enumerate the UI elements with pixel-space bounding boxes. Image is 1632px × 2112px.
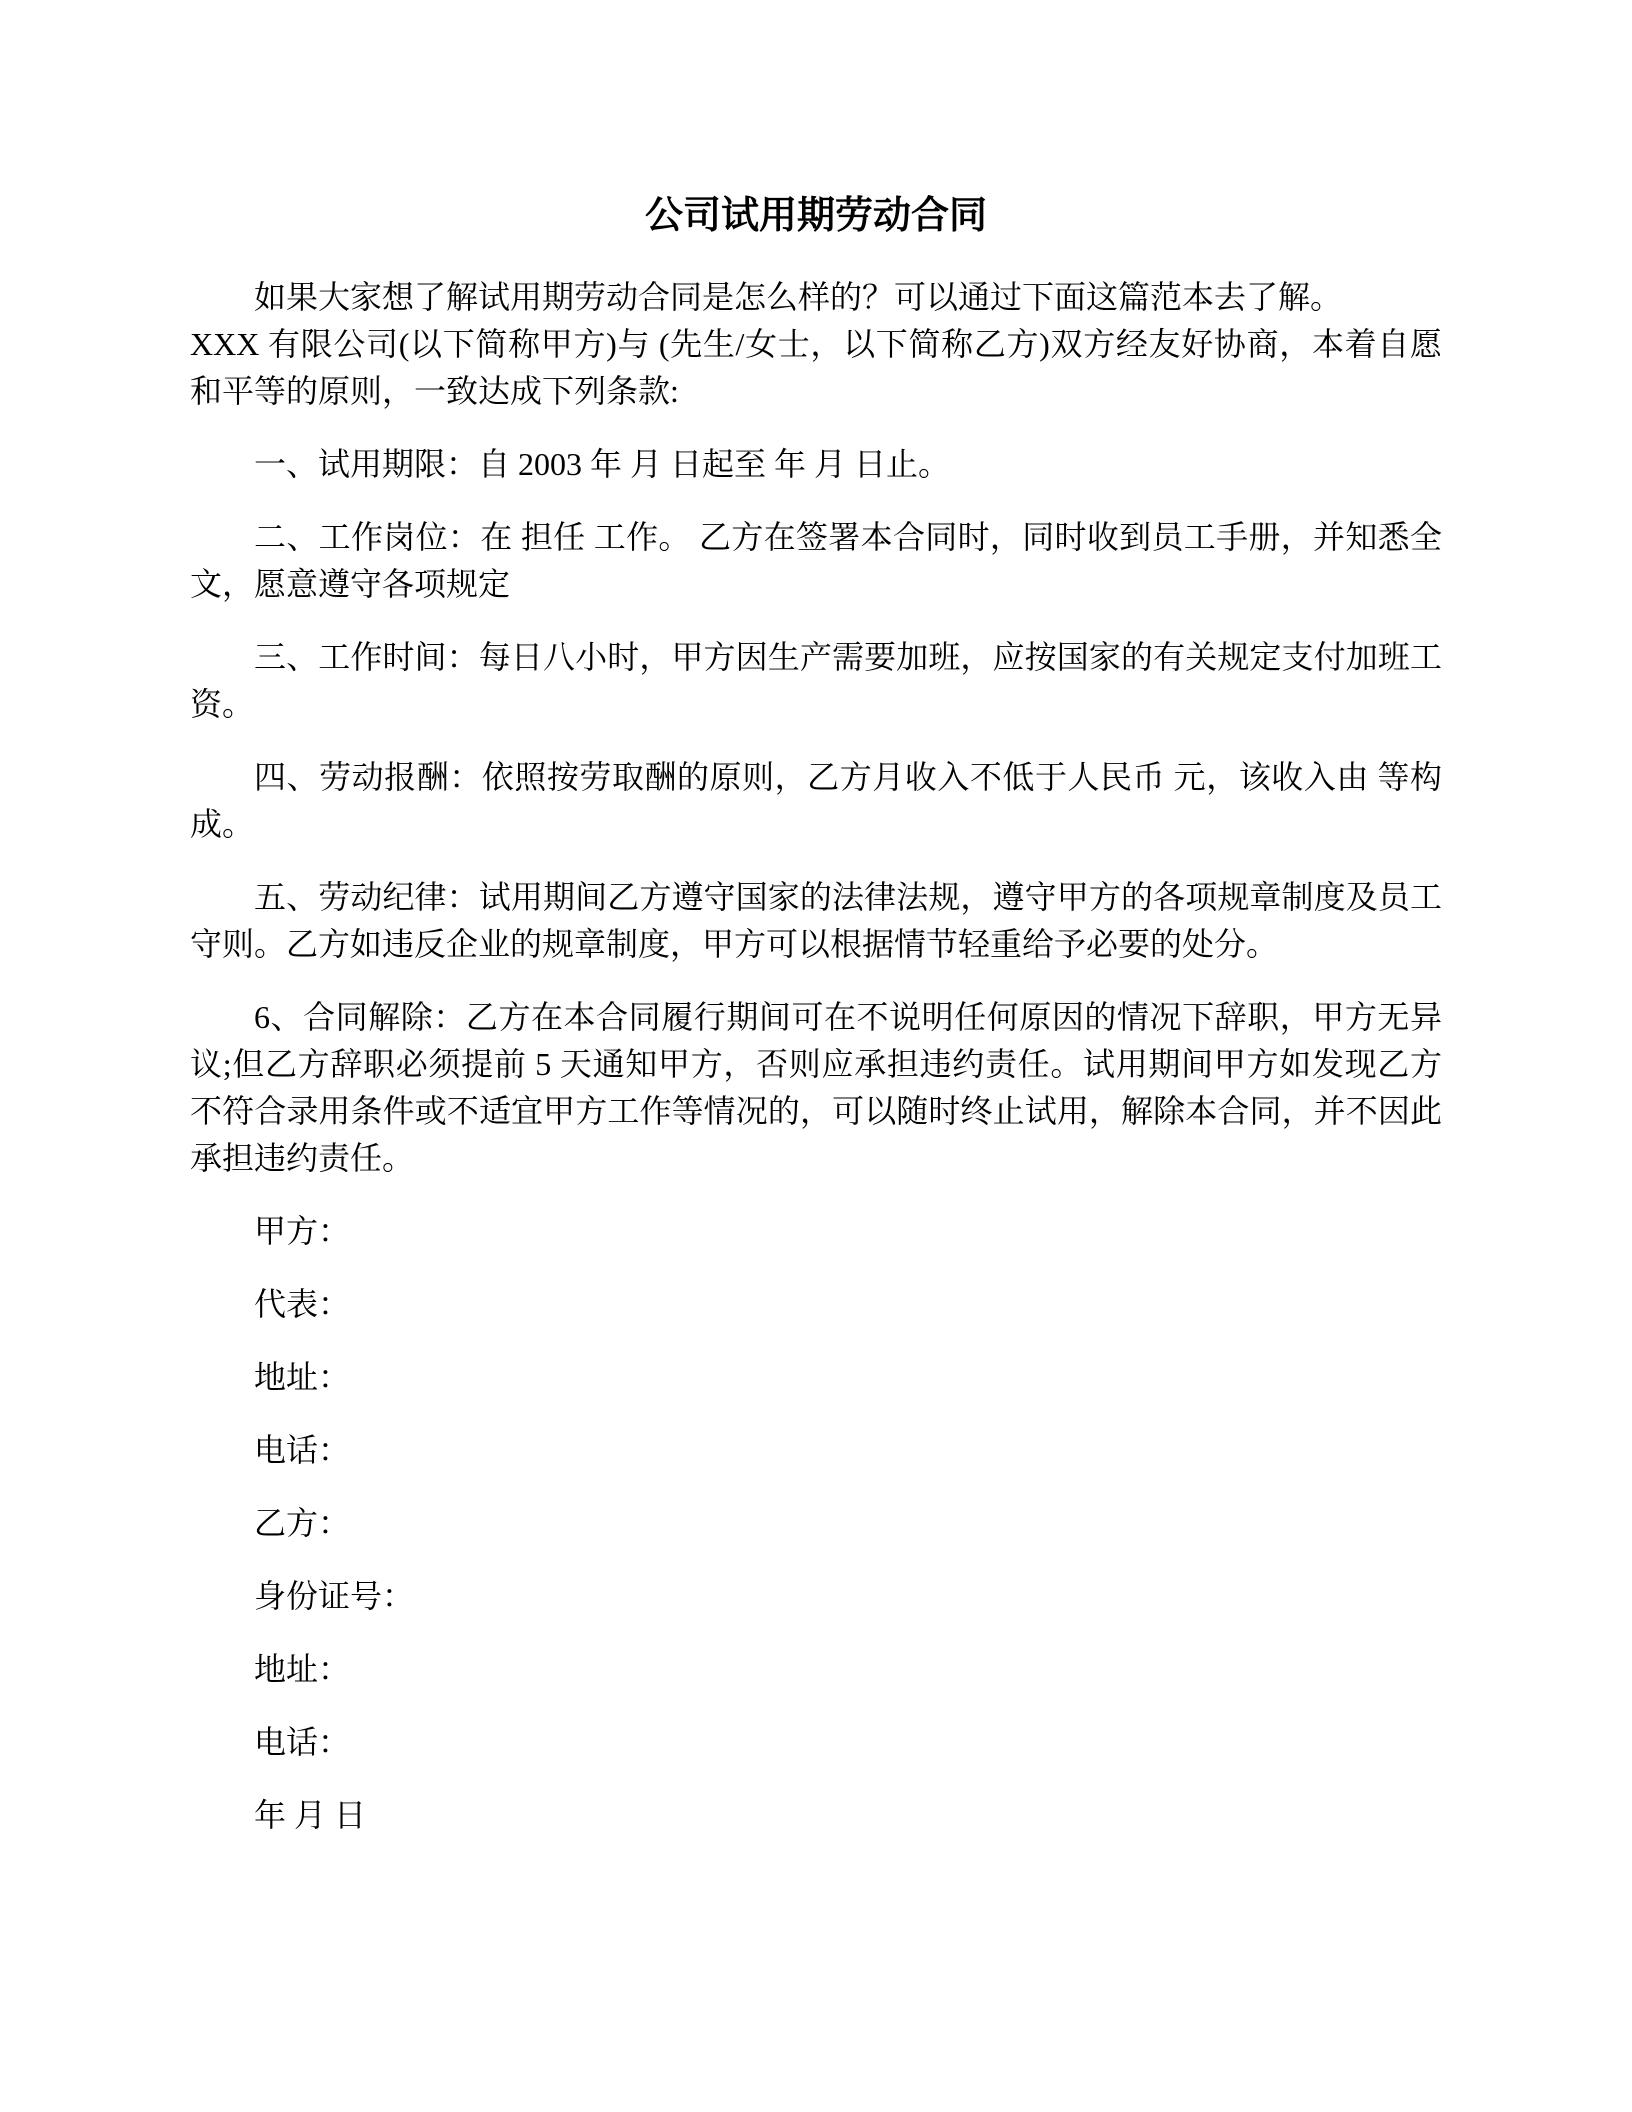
intro-parties-paragraph: XXX 有限公司(以下简称甲方)与 (先生/女士，以下简称乙方)双方经友好协商，… xyxy=(190,321,1442,415)
document-title: 公司试用期劳动合同 xyxy=(190,196,1442,238)
signature-party-b-address-label: 地址： xyxy=(190,1646,1442,1693)
signature-party-b-phone-label: 电话： xyxy=(190,1719,1442,1766)
clause-6-contract-termination: 6、合同解除：乙方在本合同履行期间可在不说明任何原因的情况下辞职，甲方无异议;但… xyxy=(190,994,1442,1182)
signature-representative-label: 代表： xyxy=(190,1281,1442,1328)
clause-2-job-position: 二、工作岗位：在 担任 工作。 乙方在签署本合同时，同时收到员工手册，并知悉全文… xyxy=(190,514,1442,608)
intro-sentence: 如果大家想了解试用期劳动合同是怎么样的？可以通过下面这篇范本去了解。 xyxy=(190,274,1442,321)
signature-date-line: 年 月 日 xyxy=(190,1792,1442,1839)
contract-document-page: 公司试用期劳动合同 如果大家想了解试用期劳动合同是怎么样的？可以通过下面这篇范本… xyxy=(0,0,1632,2112)
signature-party-a-phone-label: 电话： xyxy=(190,1427,1442,1474)
clause-5-labor-discipline: 五、劳动纪律：试用期间乙方遵守国家的法律法规，遵守甲方的各项规章制度及员工守则。… xyxy=(190,874,1442,968)
signature-party-b-label: 乙方： xyxy=(190,1500,1442,1547)
clause-1-probation-period: 一、试用期限：自 2003 年 月 日起至 年 月 日止。 xyxy=(190,441,1442,488)
signature-party-a-address-label: 地址： xyxy=(190,1354,1442,1401)
clause-3-working-hours: 三、工作时间：每日八小时，甲方因生产需要加班，应按国家的有关规定支付加班工资。 xyxy=(190,634,1442,728)
signature-party-a-label: 甲方： xyxy=(190,1208,1442,1255)
signature-id-number-label: 身份证号： xyxy=(190,1573,1442,1620)
clause-4-labor-remuneration: 四、劳动报酬：依照按劳取酬的原则，乙方月收入不低于人民币 元，该收入由 等构成。 xyxy=(190,754,1442,848)
